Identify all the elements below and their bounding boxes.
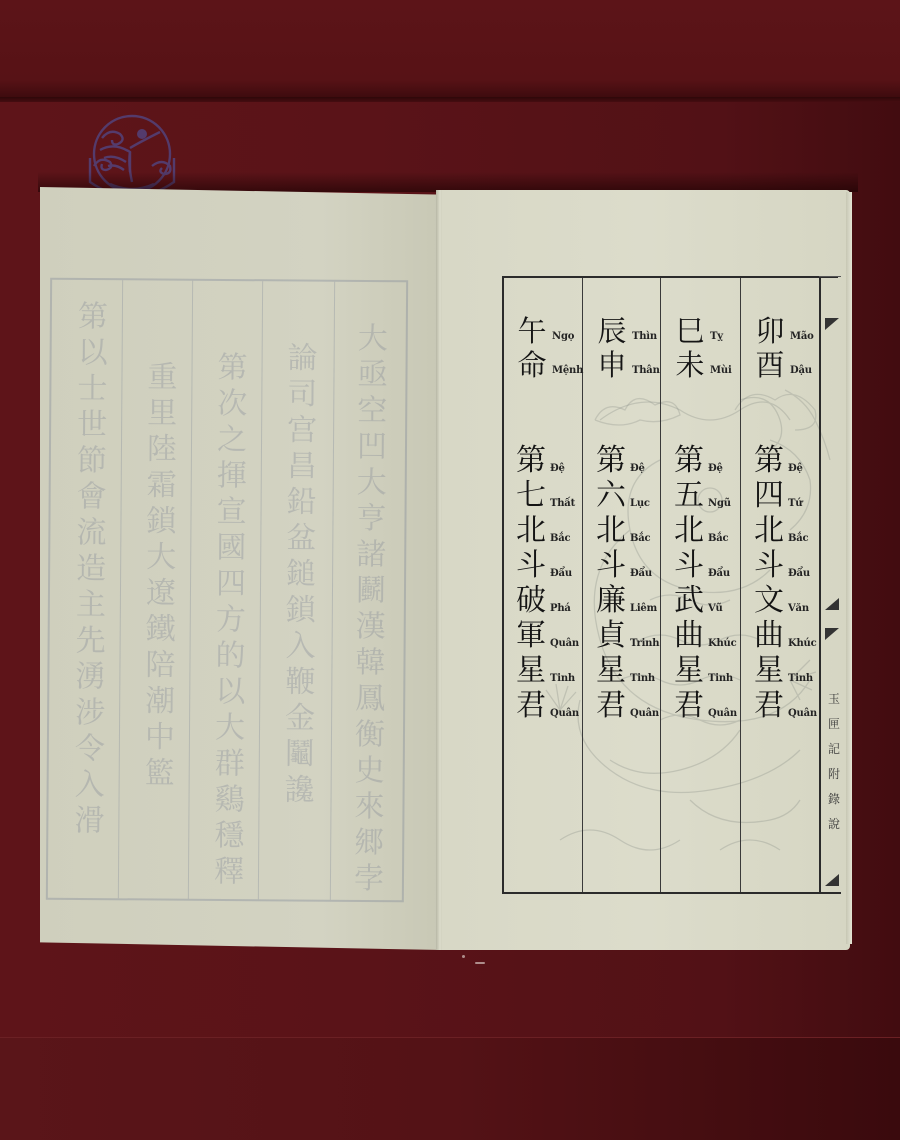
bleed-text-column: 第以士世節會流造主先湧涉令入滑 xyxy=(68,300,106,840)
han-char: 未 xyxy=(668,348,712,382)
reading: Lục xyxy=(630,486,664,521)
han-char: 北 xyxy=(746,513,792,548)
branch-readings: Thìn Thân xyxy=(632,320,666,388)
reading: Đệ xyxy=(788,451,822,486)
reading: Thất xyxy=(550,486,584,521)
left-bleed-divider xyxy=(188,281,193,899)
reading: Tứ xyxy=(788,486,822,521)
star-column-ty-mui: 巳 未 Tỵ Mùi 第 五 北 斗 武 曲 星 君 Đệ Ngũ Bắc Đẩ… xyxy=(662,300,740,890)
reading: Quân xyxy=(550,626,584,661)
margin-char: 說 xyxy=(826,812,842,837)
han-char: 軍 xyxy=(508,618,554,653)
reading: Quân xyxy=(708,696,742,731)
han-char: 第 xyxy=(746,443,792,478)
reading: Đẩu xyxy=(708,556,742,591)
reading: Mão xyxy=(790,320,824,354)
reading: Tinh xyxy=(708,661,742,696)
han-char: 君 xyxy=(746,688,792,723)
reading: Mệnh xyxy=(552,354,586,388)
reading: Đẩu xyxy=(550,556,584,591)
reading: Ngũ xyxy=(708,486,742,521)
han-char: 斗 xyxy=(666,548,712,583)
left-bleed-divider xyxy=(258,281,263,899)
star-han-characters: 第 五 北 斗 武 曲 星 君 xyxy=(666,443,712,723)
han-char: 星 xyxy=(666,653,712,688)
han-char: 五 xyxy=(666,478,712,513)
han-char: 君 xyxy=(588,688,634,723)
han-char: 第 xyxy=(508,443,554,478)
book-shadow xyxy=(38,172,858,192)
reading: Liêm xyxy=(630,591,664,626)
star-han-characters: 第 六 北 斗 廉 貞 星 君 xyxy=(588,443,634,723)
branch-han-characters: 卯 酉 xyxy=(748,314,792,382)
han-char: 文 xyxy=(746,583,792,618)
star-column-ngo-menh: 午 命 Ngọ Mệnh 第 七 北 斗 破 軍 星 君 Đệ Thất Bắc… xyxy=(504,300,582,890)
branch-han-characters: 辰 申 xyxy=(590,314,634,382)
left-page-bleed-frame: 大亟空凹大亨諸鬬漢韓鳳衡史來郷孛 論司宫昌鉛盆鎚鎖入鞭金鬮讒 第次之揮宣國四方的… xyxy=(46,278,408,902)
center-margin-title: 玉 匣 記 附 錄 說 xyxy=(826,687,842,837)
cloth-background-bottom xyxy=(0,1037,900,1140)
bleed-text-column: 重里陸霜鎖大遼鐵陪潮中籃 xyxy=(139,360,176,792)
han-char: 午 xyxy=(510,314,554,348)
reading: Quân xyxy=(630,696,664,731)
reading: Khúc xyxy=(708,626,742,661)
left-bleed-divider xyxy=(118,280,123,898)
reading: Trinh xyxy=(630,626,664,661)
reading: Tỵ xyxy=(710,320,744,354)
han-char: 貞 xyxy=(588,618,634,653)
reading: Quân xyxy=(788,696,822,731)
cloth-background-top xyxy=(0,0,900,100)
han-char: 巳 xyxy=(668,314,712,348)
star-column-mao-dau: 卯 酉 Mão Dậu 第 四 北 斗 文 曲 星 君 Đệ Tứ Bắc Đẩ… xyxy=(742,300,820,890)
han-char: 北 xyxy=(508,513,554,548)
han-char: 破 xyxy=(508,583,554,618)
reading: Văn xyxy=(788,591,822,626)
han-char: 申 xyxy=(590,348,634,382)
han-char: 六 xyxy=(588,478,634,513)
fish-tail-marker-top-icon xyxy=(825,318,839,330)
han-char: 君 xyxy=(666,688,712,723)
fish-tail-marker-upper-icon xyxy=(825,598,839,610)
branch-readings: Mão Dậu xyxy=(790,320,824,388)
bleed-text-column: 論司宫昌鉛盆鎚鎖入鞭金鬮讒 xyxy=(278,341,315,809)
han-char: 北 xyxy=(666,513,712,548)
reading: Thìn xyxy=(632,320,666,354)
left-page: 大亟空凹大亨諸鬬漢韓鳳衡史來郷孛 論司宫昌鉛盆鎚鎖入鞭金鬮讒 第次之揮宣國四方的… xyxy=(40,187,442,950)
star-column-thin-than: 辰 申 Thìn Thân 第 六 北 斗 廉 貞 星 君 Đệ Lục Bắc… xyxy=(584,300,662,890)
thread-fiber xyxy=(475,962,485,964)
margin-char: 錄 xyxy=(826,787,842,812)
han-char: 星 xyxy=(588,653,634,688)
reading: Quân xyxy=(550,696,584,731)
margin-char: 附 xyxy=(826,762,842,787)
han-char: 第 xyxy=(666,443,712,478)
fish-tail-marker-bottom-icon xyxy=(825,874,839,886)
reading: Đệ xyxy=(708,451,742,486)
frame-top-extension xyxy=(819,276,841,277)
han-char: 廉 xyxy=(588,583,634,618)
reading: Khúc xyxy=(788,626,822,661)
han-char: 北 xyxy=(588,513,634,548)
bleed-text-column: 大亟空凹大亨諸鬬漢韓鳳衡史來郷孛 xyxy=(348,322,386,898)
han-char: 斗 xyxy=(746,548,792,583)
han-char: 辰 xyxy=(590,314,634,348)
reading: Dậu xyxy=(790,354,824,388)
han-char: 武 xyxy=(666,583,712,618)
star-readings: Đệ Thất Bắc Đẩu Phá Quân Tinh Quân xyxy=(550,451,584,731)
reading: Đẩu xyxy=(788,556,822,591)
left-bleed-divider xyxy=(330,282,335,900)
star-readings: Đệ Lục Bắc Đẩu Liêm Trinh Tinh Quân xyxy=(630,451,664,731)
reading: Thân xyxy=(632,354,666,388)
han-char: 星 xyxy=(508,653,554,688)
reading: Tinh xyxy=(630,661,664,696)
bleed-text-column: 第次之揮宣國四方的以大群鷄穩釋 xyxy=(208,351,246,891)
star-han-characters: 第 四 北 斗 文 曲 星 君 xyxy=(746,443,792,723)
reading: Đệ xyxy=(630,451,664,486)
branch-han-characters: 巳 未 xyxy=(668,314,712,382)
reading: Vũ xyxy=(708,591,742,626)
reading: Bắc xyxy=(788,521,822,556)
han-char: 七 xyxy=(508,478,554,513)
reading: Tinh xyxy=(788,661,822,696)
reading: Tinh xyxy=(550,661,584,696)
han-char: 斗 xyxy=(508,548,554,583)
han-char: 曲 xyxy=(746,618,792,653)
dust-speck xyxy=(462,955,465,958)
page-stack-edge xyxy=(846,192,852,944)
reading: Đẩu xyxy=(630,556,664,591)
han-char: 四 xyxy=(746,478,792,513)
margin-char: 匣 xyxy=(826,712,842,737)
reading: Mùi xyxy=(710,354,744,388)
star-readings: Đệ Ngũ Bắc Đẩu Vũ Khúc Tinh Quân xyxy=(708,451,742,731)
branch-han-characters: 午 命 xyxy=(510,314,554,382)
margin-char: 記 xyxy=(826,737,842,762)
han-char: 命 xyxy=(510,348,554,382)
han-char: 第 xyxy=(588,443,634,478)
reading: Bắc xyxy=(550,521,584,556)
branch-readings: Ngọ Mệnh xyxy=(552,320,586,388)
branch-readings: Tỵ Mùi xyxy=(710,320,744,388)
han-char: 卯 xyxy=(748,314,792,348)
reading: Ngọ xyxy=(552,320,586,354)
frame-bottom-extension xyxy=(819,892,841,894)
star-readings: Đệ Tứ Bắc Đẩu Văn Khúc Tinh Quân xyxy=(788,451,822,731)
han-char: 曲 xyxy=(666,618,712,653)
margin-char: 玉 xyxy=(826,687,842,712)
reading: Phá xyxy=(550,591,584,626)
star-han-characters: 第 七 北 斗 破 軍 星 君 xyxy=(508,443,554,723)
han-char: 君 xyxy=(508,688,554,723)
han-char: 斗 xyxy=(588,548,634,583)
han-char: 酉 xyxy=(748,348,792,382)
reading: Bắc xyxy=(708,521,742,556)
han-char: 星 xyxy=(746,653,792,688)
fish-tail-marker-lower-icon xyxy=(825,628,839,640)
reading: Đệ xyxy=(550,451,584,486)
reading: Bắc xyxy=(630,521,664,556)
